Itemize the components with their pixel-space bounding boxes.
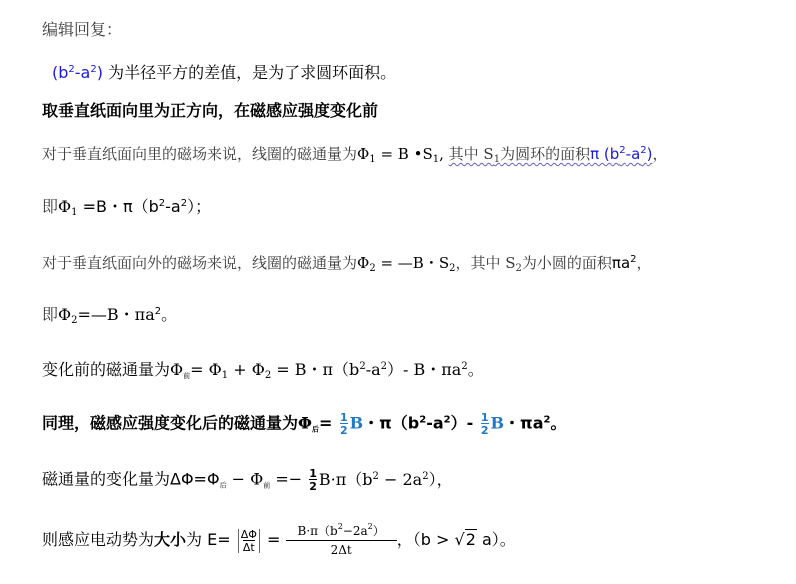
line-radius-difference: (b2-a2) 为半径平方的差值，是为了求圆环面积。 <box>52 63 396 83</box>
line1-text: 为半径平方的差值，是为了求圆环面积。 <box>103 63 396 82</box>
line-flux-after: 同理，磁感应强度变化后的磁通量为Φ后= 12B・π（b2-a2）- 12B・πa… <box>42 412 566 436</box>
line-phi2-definition: 对于垂直纸面向外的磁场来说，线圈的磁通量为Φ2 = —B・S2，其中 S2为小圆… <box>42 253 652 273</box>
direction-text: 取垂直纸面向里为正方向，在磁感应强度变化前 <box>42 101 378 120</box>
line6-prefix: 即 <box>42 305 58 324</box>
line-phi1-definition: 对于垂直纸面向里的磁场来说，线圈的磁通量为Φ1 = B •S1, 其中 S1为圆… <box>42 144 668 164</box>
emphasis-magnitude: 大小 <box>154 530 186 549</box>
line-phi2-result: 即Φ2=—B・πa2。 <box>42 305 177 325</box>
line4-prefix: 即 <box>42 197 58 216</box>
abs-delta-phi-over-delta-t: ΔΦΔt <box>238 529 260 553</box>
line5-prefix: 对于垂直纸面向外的磁场来说，线圈的磁通量为 <box>42 254 357 272</box>
expr-b2-a2: (b2-a2) <box>52 63 103 82</box>
reply-heading: 编辑回复： <box>42 20 122 40</box>
spellcheck-underlined-text: 其中 S1为圆环的面积π (b2-a2) <box>449 145 653 163</box>
line10-prefix: 则感应电动势为 <box>42 530 154 549</box>
line9-prefix: 磁通量的变化量为 <box>42 470 170 489</box>
fraction-one-half: 12 <box>340 412 348 436</box>
fraction-one-half: 12 <box>481 412 489 436</box>
line-direction: 取垂直纸面向里为正方向，在磁感应强度变化前 <box>42 101 378 121</box>
phi2-expr: Φ2 = —B・S2 <box>357 254 455 272</box>
line-flux-change: 磁通量的变化量为ΔΦ=Φ后 − Φ前 =− 12B·π（b2 − 2a2）， <box>42 468 453 492</box>
sqrt-two: √2 <box>455 530 477 550</box>
phi1-expr: Φ1 = B •S1, <box>357 145 449 163</box>
phi1-result-expr: Φ1 =B・π（b2-a2）； <box>58 197 211 216</box>
line8-prefix: 同理，磁感应强度变化后的磁通量为 <box>42 414 298 433</box>
line-phi1-result: 即Φ1 =B・π（b2-a2）； <box>42 197 211 217</box>
line3-prefix: 对于垂直纸面向里的磁场来说，线圈的磁通量为 <box>42 145 357 163</box>
heading-text: 编辑回复： <box>42 20 122 39</box>
fraction-one-half: 12 <box>309 468 317 492</box>
emf-fraction: B·π（b2−2a2）2Δt <box>292 525 391 556</box>
line-emf: 则感应电动势为大小为 E= ΔΦΔt = B·π（b2−2a2）2Δt，（b >… <box>42 525 516 556</box>
flux-before-expr: Φ前= Φ1 + Φ2 = B・π（b2-a2）- B・πa2 <box>170 360 468 379</box>
line-flux-before: 变化前的磁通量为Φ前= Φ1 + Φ2 = B・π（b2-a2）- B・πa2。 <box>42 360 484 380</box>
line7-prefix: 变化前的磁通量为 <box>42 360 170 379</box>
